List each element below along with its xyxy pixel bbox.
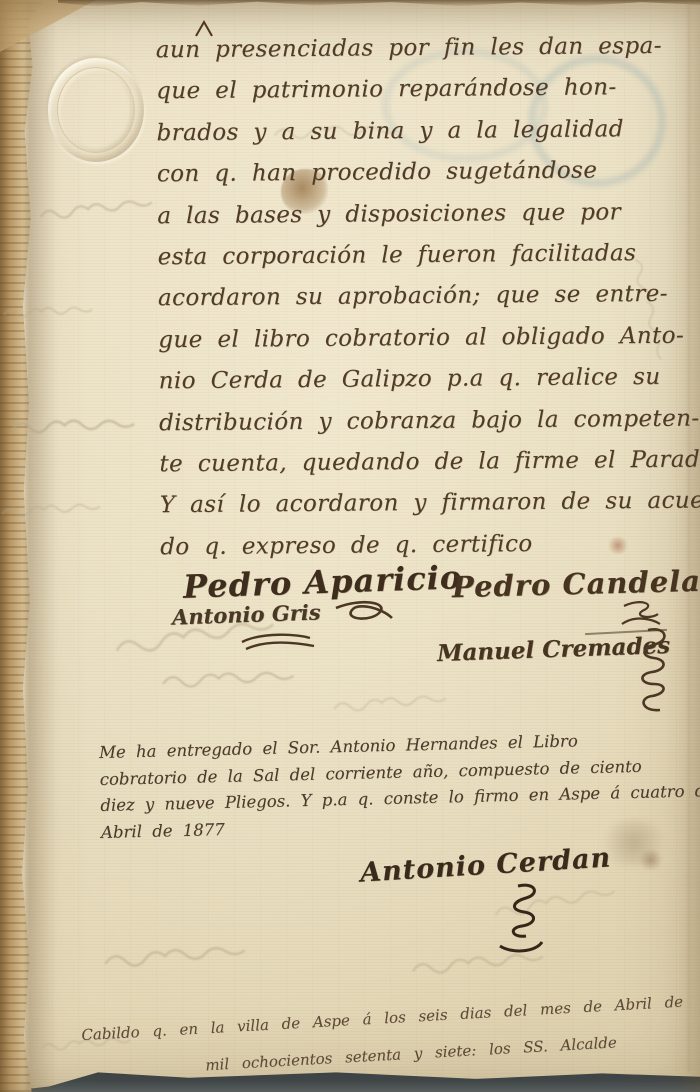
manuscript-line: gue el libro cobratorio al obligado Anto… bbox=[158, 316, 683, 362]
aparicio-rubric-flourish bbox=[330, 596, 400, 632]
receipt-note: Me ha entregado el Sor. Antonio Hernande… bbox=[99, 726, 676, 846]
manuscript-line: a las bases y disposiciones que por bbox=[157, 191, 682, 237]
manuscript-line: que el patrimonio reparándose hon- bbox=[156, 67, 681, 113]
embossed-seal bbox=[48, 58, 144, 162]
manuscript-line: brados y a su bina y a la legalidad bbox=[156, 109, 681, 155]
manuscript-line: aun presenciadas por fin les dan espa- bbox=[156, 26, 681, 72]
smudge-stain-small bbox=[638, 850, 664, 870]
manuscript-scan: aun presenciadas por fin les dan espa- q… bbox=[0, 0, 700, 1092]
cerdan-rubric-flourish bbox=[492, 882, 544, 954]
manuscript-line: esta corporación le fueron facilitadas bbox=[157, 233, 682, 279]
right-crease bbox=[688, 0, 690, 1072]
manuscript-line: acordaron su aprobación; que se entre- bbox=[158, 274, 683, 320]
embossed-seal-ring bbox=[57, 67, 135, 153]
manuscript-line: con q. han procedido sugetándose bbox=[157, 150, 682, 196]
main-paragraph: aun presenciadas por fin les dan espa- q… bbox=[156, 26, 686, 569]
manuscript-line: distribución y cobranza bajo la competen… bbox=[159, 398, 684, 444]
manuscript-line: nio Cerda de Galipzo p.a q. realice su bbox=[159, 357, 684, 403]
manuscript-line: Y así lo acordaron y firmaron de su acue… bbox=[160, 481, 685, 527]
manuscript-line: te cuenta, quedando de la firme el Parad… bbox=[159, 440, 684, 486]
cremades-rubric-flourish bbox=[618, 626, 674, 720]
signature-antonio-gris: Antonio Gris bbox=[172, 599, 321, 629]
gris-rubric-flourish bbox=[238, 630, 318, 656]
binding-edge-shadow bbox=[26, 0, 56, 1092]
